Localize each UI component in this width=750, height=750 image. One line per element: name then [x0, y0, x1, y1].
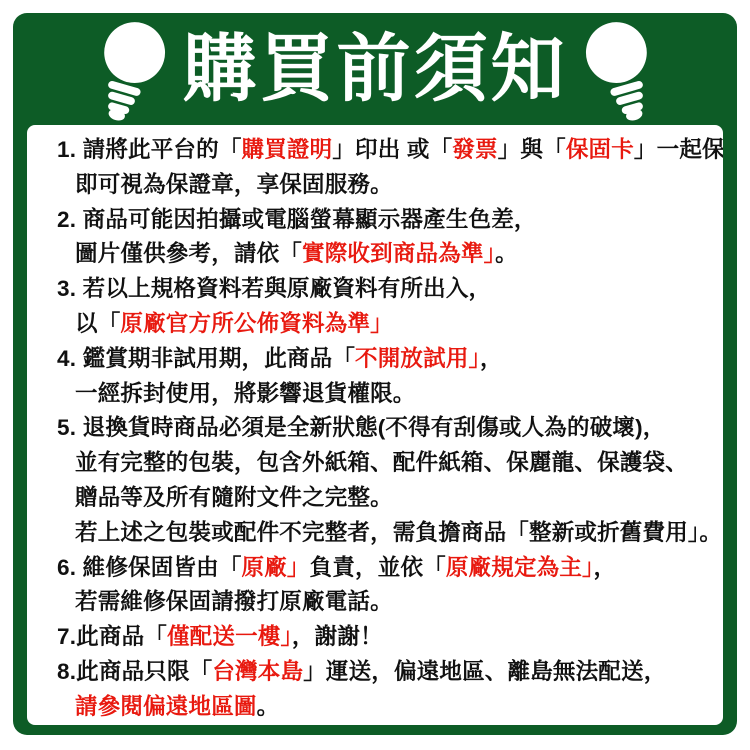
notice-line: 5. 退換貨時商品必須是全新狀態(不得有刮傷或人為的破壞)， — [41, 411, 709, 446]
notice-line: 以「原廠官方所公佈資料為準」 — [41, 307, 709, 342]
notice-text: 一經拆封使用，將影響退貨權限。 — [75, 381, 416, 406]
highlight-text: 購買證明 — [242, 137, 333, 162]
highlight-text: 不開放試用」 — [355, 346, 480, 371]
notice-text: 」與「 — [498, 137, 566, 162]
page-title: 購買前須知 — [183, 32, 568, 106]
notice-line: 6. 維修保固皆由「原廠」負責，並依「原廠規定為主」， — [41, 551, 709, 586]
notice-text: 圖片僅供參考，請依「 — [75, 241, 302, 266]
highlight-text: 保固卡 — [566, 137, 634, 162]
notice-line: 圖片僅供參考，請依「實際收到商品為準」。 — [41, 237, 709, 272]
highlight-text: 原廠」 — [242, 555, 310, 580]
notice-line: 若需維修保固請撥打原廠電話。 — [41, 585, 709, 620]
highlight-text: 僅配送一樓」 — [167, 624, 292, 649]
highlight-text: 請參閱偏遠地區圖 — [75, 694, 257, 719]
notice-text: 6. 維修保固皆由「 — [57, 555, 242, 580]
purchase-notice-poster: 購買前須知 1. 請將此平台的「購買證明」印出 或「發票」與「保固卡」一起保存，… — [0, 0, 750, 750]
notice-list: 1. 請將此平台的「購買證明」印出 或「發票」與「保固卡」一起保存，即可視為保證… — [41, 133, 709, 725]
notice-text: 」一起保存， — [634, 137, 723, 162]
notice-text: 。 — [495, 241, 518, 266]
notice-text: ， — [480, 346, 503, 371]
highlight-text: 實際收到商品為準」 — [302, 241, 495, 266]
notice-panel: 1. 請將此平台的「購買證明」印出 或「發票」與「保固卡」一起保存，即可視為保證… — [27, 125, 723, 725]
notice-text: 2. 商品可能因拍攝或電腦螢幕顯示器產生色差， — [57, 207, 537, 232]
notice-line: 2. 商品可能因拍攝或電腦螢幕顯示器產生色差， — [41, 203, 709, 238]
notice-text: 5. 退換貨時商品必須是全新狀態(不得有刮傷或人為的破壞)， — [57, 415, 666, 440]
notice-text: 7.此商品「 — [57, 624, 167, 649]
notice-line: 一經拆封使用，將影響退貨權限。 — [41, 377, 709, 412]
notice-line: 3. 若以上規格資料若與原廠資料有所出入， — [41, 272, 709, 307]
header: 購買前須知 — [13, 13, 737, 125]
highlight-text: 發票 — [452, 137, 497, 162]
notice-line: 請參閱偏遠地區圖。 — [41, 690, 709, 725]
notice-line: 4. 鑑賞期非試用期，此商品「不開放試用」， — [41, 342, 709, 377]
notice-text: 以「 — [75, 311, 120, 336]
notice-text: 4. 鑑賞期非試用期，此商品「 — [57, 346, 355, 371]
notice-line: 並有完整的包裝，包含外紙箱、配件紙箱、保麗龍、保護袋、 — [41, 446, 709, 481]
green-frame: 購買前須知 1. 請將此平台的「購買證明」印出 或「發票」與「保固卡」一起保存，… — [13, 13, 737, 735]
notice-text: 8.此商品只限「 — [57, 659, 212, 684]
notice-text: ，謝謝！ — [292, 624, 383, 649]
highlight-text: 台灣本島 — [212, 659, 303, 684]
notice-text: 負責，並依「 — [310, 555, 446, 580]
notice-text: 贈品等及所有隨附文件之完整。 — [75, 485, 393, 510]
highlight-text: 原廠官方所公佈資料為準」 — [120, 311, 392, 336]
notice-text: ， — [594, 555, 617, 580]
lightbulb-icon — [580, 19, 656, 123]
notice-text: 即可視為保證章，享保固服務。 — [75, 172, 393, 197]
notice-line: 7.此商品「僅配送一樓」，謝謝！ — [41, 620, 709, 655]
highlight-text: 原廠規定為主」 — [446, 555, 594, 580]
notice-text: 若需維修保固請撥打原廠電話。 — [75, 589, 393, 614]
lightbulb-icon — [95, 19, 171, 123]
notice-line: 1. 請將此平台的「購買證明」印出 或「發票」與「保固卡」一起保存， — [41, 133, 709, 168]
notice-text: 若上述之包裝或配件不完整者，需負擔商品「整新或折舊費用」。 — [75, 520, 722, 545]
notice-line: 贈品等及所有隨附文件之完整。 — [41, 481, 709, 516]
notice-line: 若上述之包裝或配件不完整者，需負擔商品「整新或折舊費用」。 — [41, 516, 709, 551]
notice-text: 1. 請將此平台的「 — [57, 137, 242, 162]
notice-text: 」印出 或「 — [332, 137, 452, 162]
notice-text: 。 — [257, 694, 280, 719]
notice-line: 即可視為保證章，享保固服務。 — [41, 168, 709, 203]
notice-text: 並有完整的包裝，包含外紙箱、配件紙箱、保麗龍、保護袋、 — [75, 450, 688, 475]
notice-line: 8.此商品只限「台灣本島」運送，偏遠地區、離島無法配送， — [41, 655, 709, 690]
notice-text: 」運送，偏遠地區、離島無法配送， — [303, 659, 666, 684]
notice-text: 3. 若以上規格資料若與原廠資料有所出入， — [57, 276, 491, 301]
